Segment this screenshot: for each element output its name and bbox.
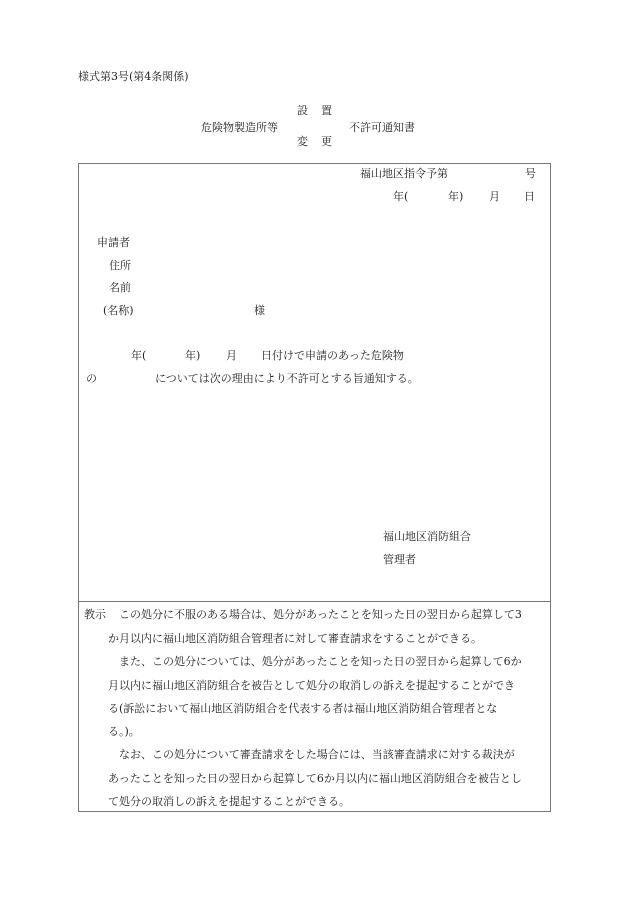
notice-line: あったことを知った日の翌日から起算して6か月以内に福山地区消防組合を被告とし xyxy=(108,773,522,784)
notice-line: か月以内に福山地区消防組合管理者に対して審査請求をすることができる。 xyxy=(108,633,482,644)
notice-divider xyxy=(78,601,551,602)
body-era-year: 年) xyxy=(185,350,200,361)
body-line1-text: 日付けで申請のあった危険物 xyxy=(261,350,404,361)
notice-line: なお、この処分について審査請求をした場合には、当該審査請求に対する裁決が xyxy=(119,749,515,760)
date-era-year: 年) xyxy=(448,191,463,202)
name-label: 名前 xyxy=(109,282,131,293)
notice-line: 月以内に福山地区消防組合を被告として処分の取消しの訴えを提起することができ xyxy=(108,680,515,691)
honorific: 様 xyxy=(254,305,265,316)
body-year: 年( xyxy=(131,350,146,361)
notice-line: この処分に不服のある場合は、処分があったことを知った日の翌日から起算して3 xyxy=(119,609,522,620)
body-month: 月 xyxy=(226,350,237,361)
title-prefix: 危険物製造所等 xyxy=(201,122,278,133)
title-option-setup-2: 置 xyxy=(321,105,332,116)
notice-line: また、この処分については、処分があったことを知った日の翌日から起算して6か xyxy=(119,656,522,667)
notice-label: 教示 xyxy=(84,609,106,620)
date-month: 月 xyxy=(489,191,500,202)
order-number-suffix: 号 xyxy=(525,168,536,179)
issuer-org: 福山地区消防組合 xyxy=(383,531,471,542)
title-option-change-1: 変 xyxy=(297,136,308,147)
org-name-label: (名称) xyxy=(103,305,134,316)
date-day: 日 xyxy=(524,191,535,202)
body-line2-text: については次の理由により不許可とする旨通知する。 xyxy=(155,373,419,384)
date-year: 年( xyxy=(393,191,408,202)
order-number-label: 福山地区指令予第 xyxy=(360,168,448,179)
title-option-setup-1: 設 xyxy=(297,105,308,116)
title-option-change-2: 更 xyxy=(321,136,332,147)
body-line2-start: の xyxy=(86,373,97,384)
form-label: 様式第3号(第4条関係) xyxy=(78,71,189,82)
notice-line: る。)。 xyxy=(108,726,140,737)
address-label: 住所 xyxy=(109,260,131,271)
notice-line: て処分の取消しの訴えを提起することができる。 xyxy=(108,796,350,807)
title-suffix: 不許可通知書 xyxy=(349,122,415,133)
issuer-title: 管理者 xyxy=(383,554,416,565)
applicant-label: 申請者 xyxy=(97,237,130,248)
notice-line: る(訴訟において福山地区消防組合を代表する者は福山地区消防組合管理者とな xyxy=(108,703,497,714)
